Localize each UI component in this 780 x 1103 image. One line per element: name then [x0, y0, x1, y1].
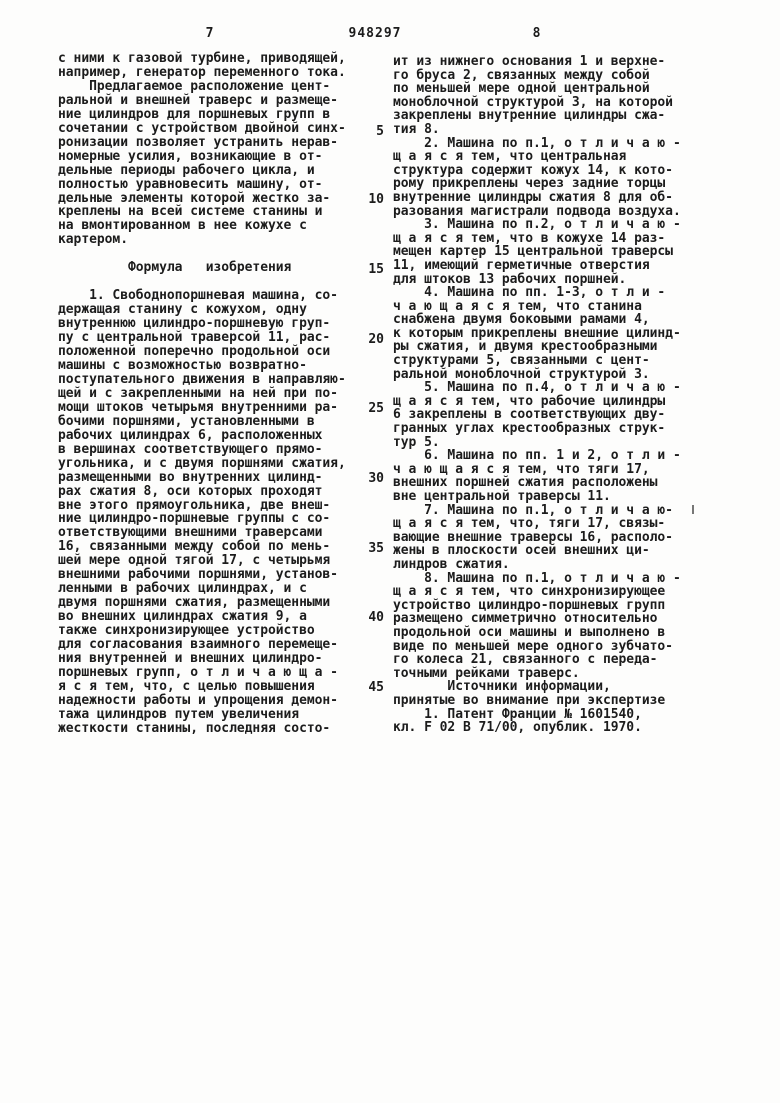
patent-page: 7 948297 8 с ними к газовой турбине, при… [0, 0, 780, 1103]
patent-number: 948297 [345, 27, 405, 41]
line-number-40: 40 [350, 611, 384, 624]
line-number-5: 5 [350, 125, 384, 138]
scan-artifact-mark [692, 505, 694, 514]
line-number-25: 25 [350, 402, 384, 415]
line-number-30: 30 [350, 472, 384, 485]
page-number-left: 7 [196, 27, 224, 41]
line-number-20: 20 [350, 333, 384, 346]
line-number-15: 15 [350, 263, 384, 276]
line-number-45: 45 [350, 681, 384, 694]
page-number-right: 8 [523, 27, 551, 41]
line-number-10: 10 [350, 193, 384, 206]
left-column-text: с ними к газовой турбине, приводящей, на… [58, 52, 346, 736]
right-column-text: ит из нижнего основания 1 и верхне- го б… [393, 55, 681, 735]
line-number-35: 35 [350, 542, 384, 555]
